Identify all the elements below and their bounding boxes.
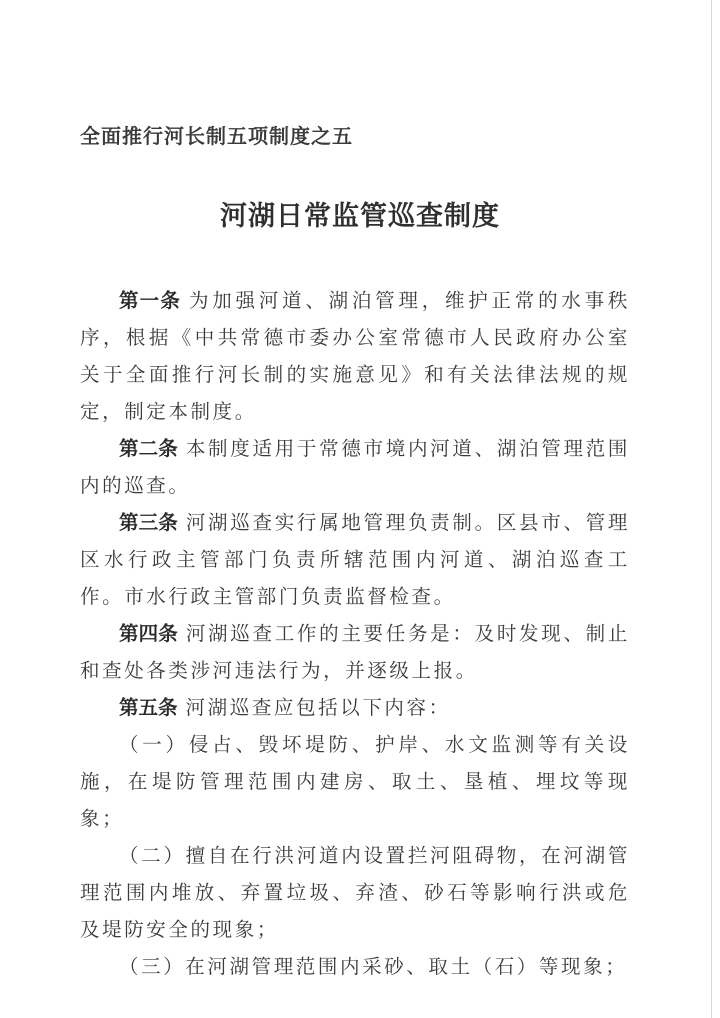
- paragraph-article-3: 第三条河湖巡查实行属地管理负责制。区县市、管理区水行政主管部门负责所辖范围内河道…: [80, 504, 630, 615]
- paragraph-article-4: 第四条河湖巡查工作的主要任务是：及时发现、制止和查处各类涉河违法行为，并逐级上报…: [80, 615, 630, 689]
- paragraph-article-1: 第一条为加强河道、湖泊管理，维护正常的水事秩序，根据《中共常德市委办公室常德市人…: [80, 282, 630, 430]
- document-subtitle: 全面推行河长制五项制度之五: [80, 120, 353, 149]
- paragraph-article-2: 第二条本制度适用于常德市境内河道、湖泊管理范围内的巡查。: [80, 430, 630, 504]
- document-title: 河湖日常监管巡查制度: [0, 194, 720, 233]
- paragraph-item-1: （一）侵占、毁坏堤防、护岸、水文监测等有关设施，在堤防管理范围内建房、取土、垦植…: [80, 726, 630, 837]
- article-label: 第一条: [119, 289, 181, 312]
- item-text: （三）在河湖管理范围内采砂、取土（石）等现象；: [119, 955, 627, 978]
- item-text: （二）擅自在行洪河道内设置拦河阻碍物，在河湖管理范围内堆放、弃置垃圾、弃渣、砂石…: [80, 844, 630, 941]
- paragraph-item-3: （三）在河湖管理范围内采砂、取土（石）等现象；: [80, 948, 630, 985]
- page-edge-line: [711, 0, 712, 1018]
- document-body: 第一条为加强河道、湖泊管理，维护正常的水事秩序，根据《中共常德市委办公室常德市人…: [80, 282, 630, 985]
- article-label: 第四条: [119, 622, 178, 645]
- item-text: （一）侵占、毁坏堤防、护岸、水文监测等有关设施，在堤防管理范围内建房、取土、垦植…: [80, 733, 630, 830]
- paragraph-item-2: （二）擅自在行洪河道内设置拦河阻碍物，在河湖管理范围内堆放、弃置垃圾、弃渣、砂石…: [80, 837, 630, 948]
- article-label: 第二条: [119, 437, 178, 460]
- article-text: 河湖巡查应包括以下内容：: [186, 696, 451, 719]
- paragraph-article-5: 第五条河湖巡查应包括以下内容：: [80, 689, 630, 726]
- article-label: 第五条: [119, 696, 178, 719]
- article-label: 第三条: [119, 511, 178, 534]
